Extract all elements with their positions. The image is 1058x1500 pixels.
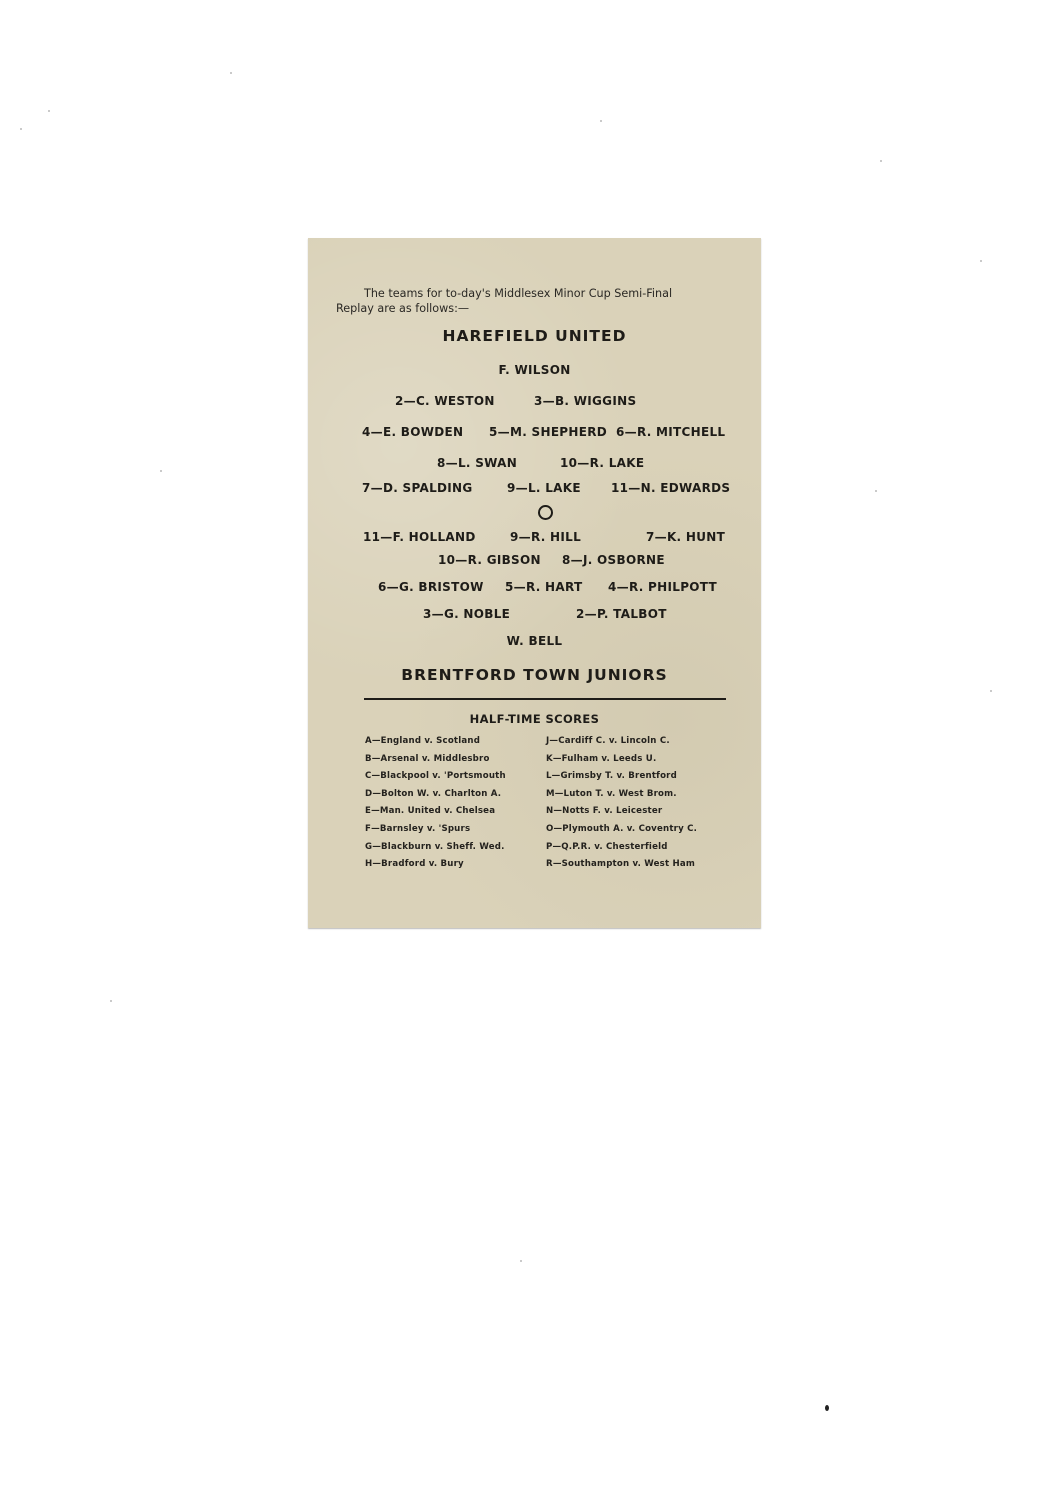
team-sheet: The teams for to-day's Middlesex Minor C…	[308, 238, 761, 928]
half-time-item: F—Barnsley v. 'Spurs	[365, 821, 506, 839]
speck	[160, 470, 162, 472]
away-inside-forward: 10—R. GIBSON	[438, 553, 541, 567]
half-time-item: N—Notts F. v. Leicester	[546, 803, 697, 821]
home-team-name: HAREFIELD UNITED	[308, 327, 761, 345]
half-time-item: H—Bradford v. Bury	[365, 856, 506, 874]
speck	[48, 110, 50, 112]
half-time-item: G—Blackburn v. Sheff. Wed.	[365, 839, 506, 857]
half-time-item: B—Arsenal v. Middlesbro	[365, 751, 506, 769]
intro-line-2: Replay are as follows:—	[336, 301, 736, 316]
home-back: 3—B. WIGGINS	[534, 394, 636, 408]
speck	[880, 160, 882, 162]
half-time-item: K—Fulham v. Leeds U.	[546, 751, 697, 769]
ball-icon	[538, 505, 553, 520]
half-time-item: E—Man. United v. Chelsea	[365, 803, 506, 821]
half-time-item: O—Plymouth A. v. Coventry C.	[546, 821, 697, 839]
intro-text: The teams for to-day's Middlesex Minor C…	[336, 286, 736, 316]
half-time-item: R—Southampton v. West Ham	[546, 856, 697, 874]
home-half: 6—R. MITCHELL	[616, 425, 725, 439]
half-time-item: M—Luton T. v. West Brom.	[546, 786, 697, 804]
away-inside-forward: 8—J. OSBORNE	[562, 553, 665, 567]
away-back: 2—P. TALBOT	[576, 607, 667, 621]
speck	[520, 1260, 522, 1262]
home-forward: 9—L. LAKE	[507, 481, 581, 495]
half-time-item: J—Cardiff C. v. Lincoln C.	[546, 733, 697, 751]
away-forward: 9—R. HILL	[510, 530, 581, 544]
speck	[980, 260, 982, 262]
away-forward: 11—F. HOLLAND	[363, 530, 476, 544]
speck	[875, 490, 877, 492]
intro-line-1: The teams for to-day's Middlesex Minor C…	[336, 286, 736, 301]
home-forward: 11—N. EDWARDS	[611, 481, 730, 495]
half-time-list-left: A—England v. Scotland B—Arsenal v. Middl…	[365, 733, 506, 874]
half-time-item: L—Grimsby T. v. Brentford	[546, 768, 697, 786]
divider	[364, 698, 726, 700]
away-half: 6—G. BRISTOW	[378, 580, 484, 594]
half-time-item: A—England v. Scotland	[365, 733, 506, 751]
home-forward: 7—D. SPALDING	[362, 481, 473, 495]
speck	[990, 690, 992, 692]
half-time-list-right: J—Cardiff C. v. Lincoln C. K—Fulham v. L…	[546, 733, 697, 874]
home-inside-forward: 10—R. LAKE	[560, 456, 644, 470]
home-goalkeeper: F. WILSON	[308, 363, 761, 377]
speck	[600, 120, 602, 122]
away-back: 3—G. NOBLE	[423, 607, 510, 621]
home-half: 4—E. BOWDEN	[362, 425, 463, 439]
speck	[825, 1405, 829, 1411]
half-time-title: HALF-TIME SCORES	[308, 712, 761, 726]
home-inside-forward: 8—L. SWAN	[437, 456, 517, 470]
away-half: 4—R. PHILPOTT	[608, 580, 717, 594]
half-time-item: P—Q.P.R. v. Chesterfield	[546, 839, 697, 857]
home-back: 2—C. WESTON	[395, 394, 495, 408]
speck	[230, 72, 232, 74]
away-half: 5—R. HART	[505, 580, 582, 594]
speck	[110, 1000, 112, 1002]
half-time-item: C—Blackpool v. 'Portsmouth	[365, 768, 506, 786]
away-forward: 7—K. HUNT	[646, 530, 725, 544]
speck	[20, 128, 22, 130]
away-goalkeeper: W. BELL	[308, 634, 761, 648]
home-half: 5—M. SHEPHERD	[489, 425, 607, 439]
half-time-item: D—Bolton W. v. Charlton A.	[365, 786, 506, 804]
away-team-name: BRENTFORD TOWN JUNIORS	[308, 666, 761, 684]
